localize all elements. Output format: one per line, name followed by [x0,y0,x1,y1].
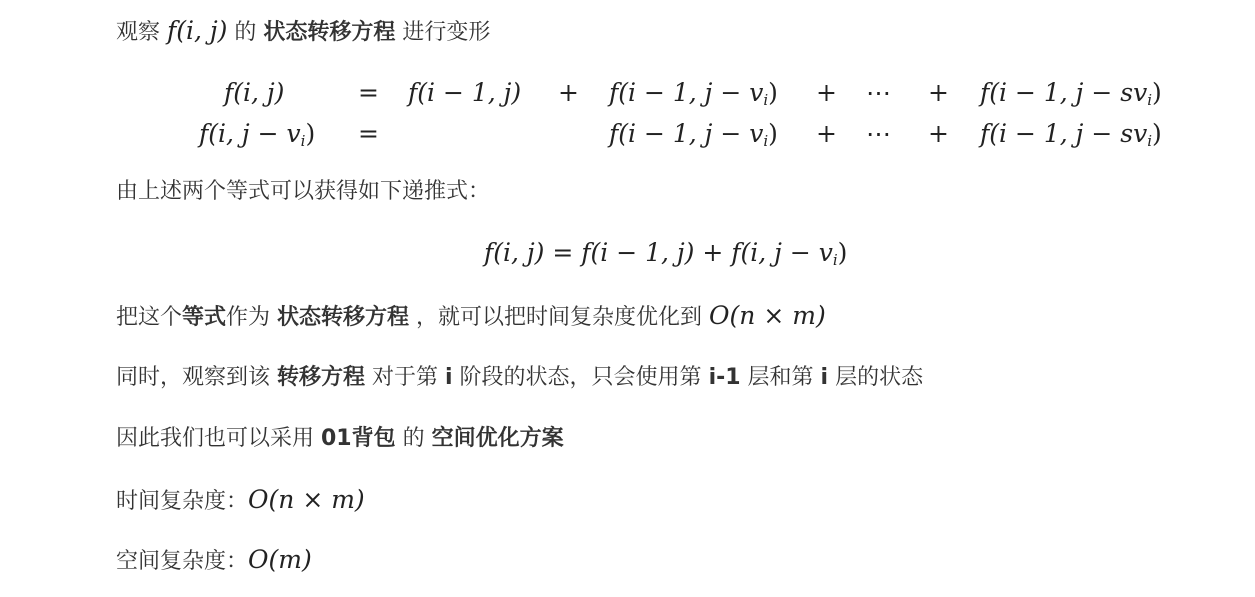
eq1-term3: f(i − 1, j − svi) [980,76,1162,110]
space-optimization-paragraph: 因此我们也可以采用 01背包 的 空间优化方案 [116,424,564,454]
eq1-equals: = [358,76,379,110]
intro-paragraph: 观察 f(i, j) 的 状态转移方程 进行变形 [116,16,490,48]
eq2-dots: ⋯ [866,117,891,151]
equation-row-2: f(i, j − vi) = f(i − 1, j − vi) + ⋯ + f(… [0,117,1255,151]
eq2-plus3: + [928,117,949,151]
intro-suffix: 进行变形 [395,20,490,45]
time-complexity-line: 时间复杂度：O(n × m) [116,485,365,517]
optimization-paragraph: 把这个等式作为 状态转移方程 ，就可以把时间复杂度优化到 O(n × m) [116,301,826,333]
intro-prefix: 观察 [116,20,167,45]
space-complexity-line: 空间复杂度：O(m) [116,545,312,577]
observation-paragraph: 同时，观察到该 转移方程 对于第 i 阶段的状态，只会使用第 i-1 层和第 i… [116,363,923,393]
eq1-plus2: + [816,76,837,110]
recurrence-equation: f(i, j) = f(i − 1, j) + f(i, j − vi) [484,238,847,267]
eq2-plus2: + [816,117,837,151]
eq1-dots: ⋯ [866,76,891,110]
intro-math: f(i, j) [167,16,227,45]
equation-row-1: f(i, j) = f(i − 1, j) + f(i − 1, j − vi)… [0,76,1255,110]
eq2-lhs: f(i, j − vi) [199,117,315,151]
eq2-term2: f(i − 1, j − vi) [609,117,778,151]
intro-mid: 的 [227,20,263,45]
eq1-plus3: + [928,76,949,110]
eq1-plus1: + [558,76,579,110]
eq1-lhs: f(i, j) [224,76,284,110]
eq1-term2: f(i − 1, j − vi) [609,76,778,110]
eq2-equals: = [358,117,379,151]
time-complexity-math: O(n × m) [709,301,826,330]
intro-bold: 状态转移方程 [263,20,395,45]
eq1-term1: f(i − 1, j) [408,76,521,110]
eq2-term3: f(i − 1, j − svi) [980,117,1162,151]
derivation-paragraph: 由上述两个等式可以获得如下递推式： [116,177,490,207]
